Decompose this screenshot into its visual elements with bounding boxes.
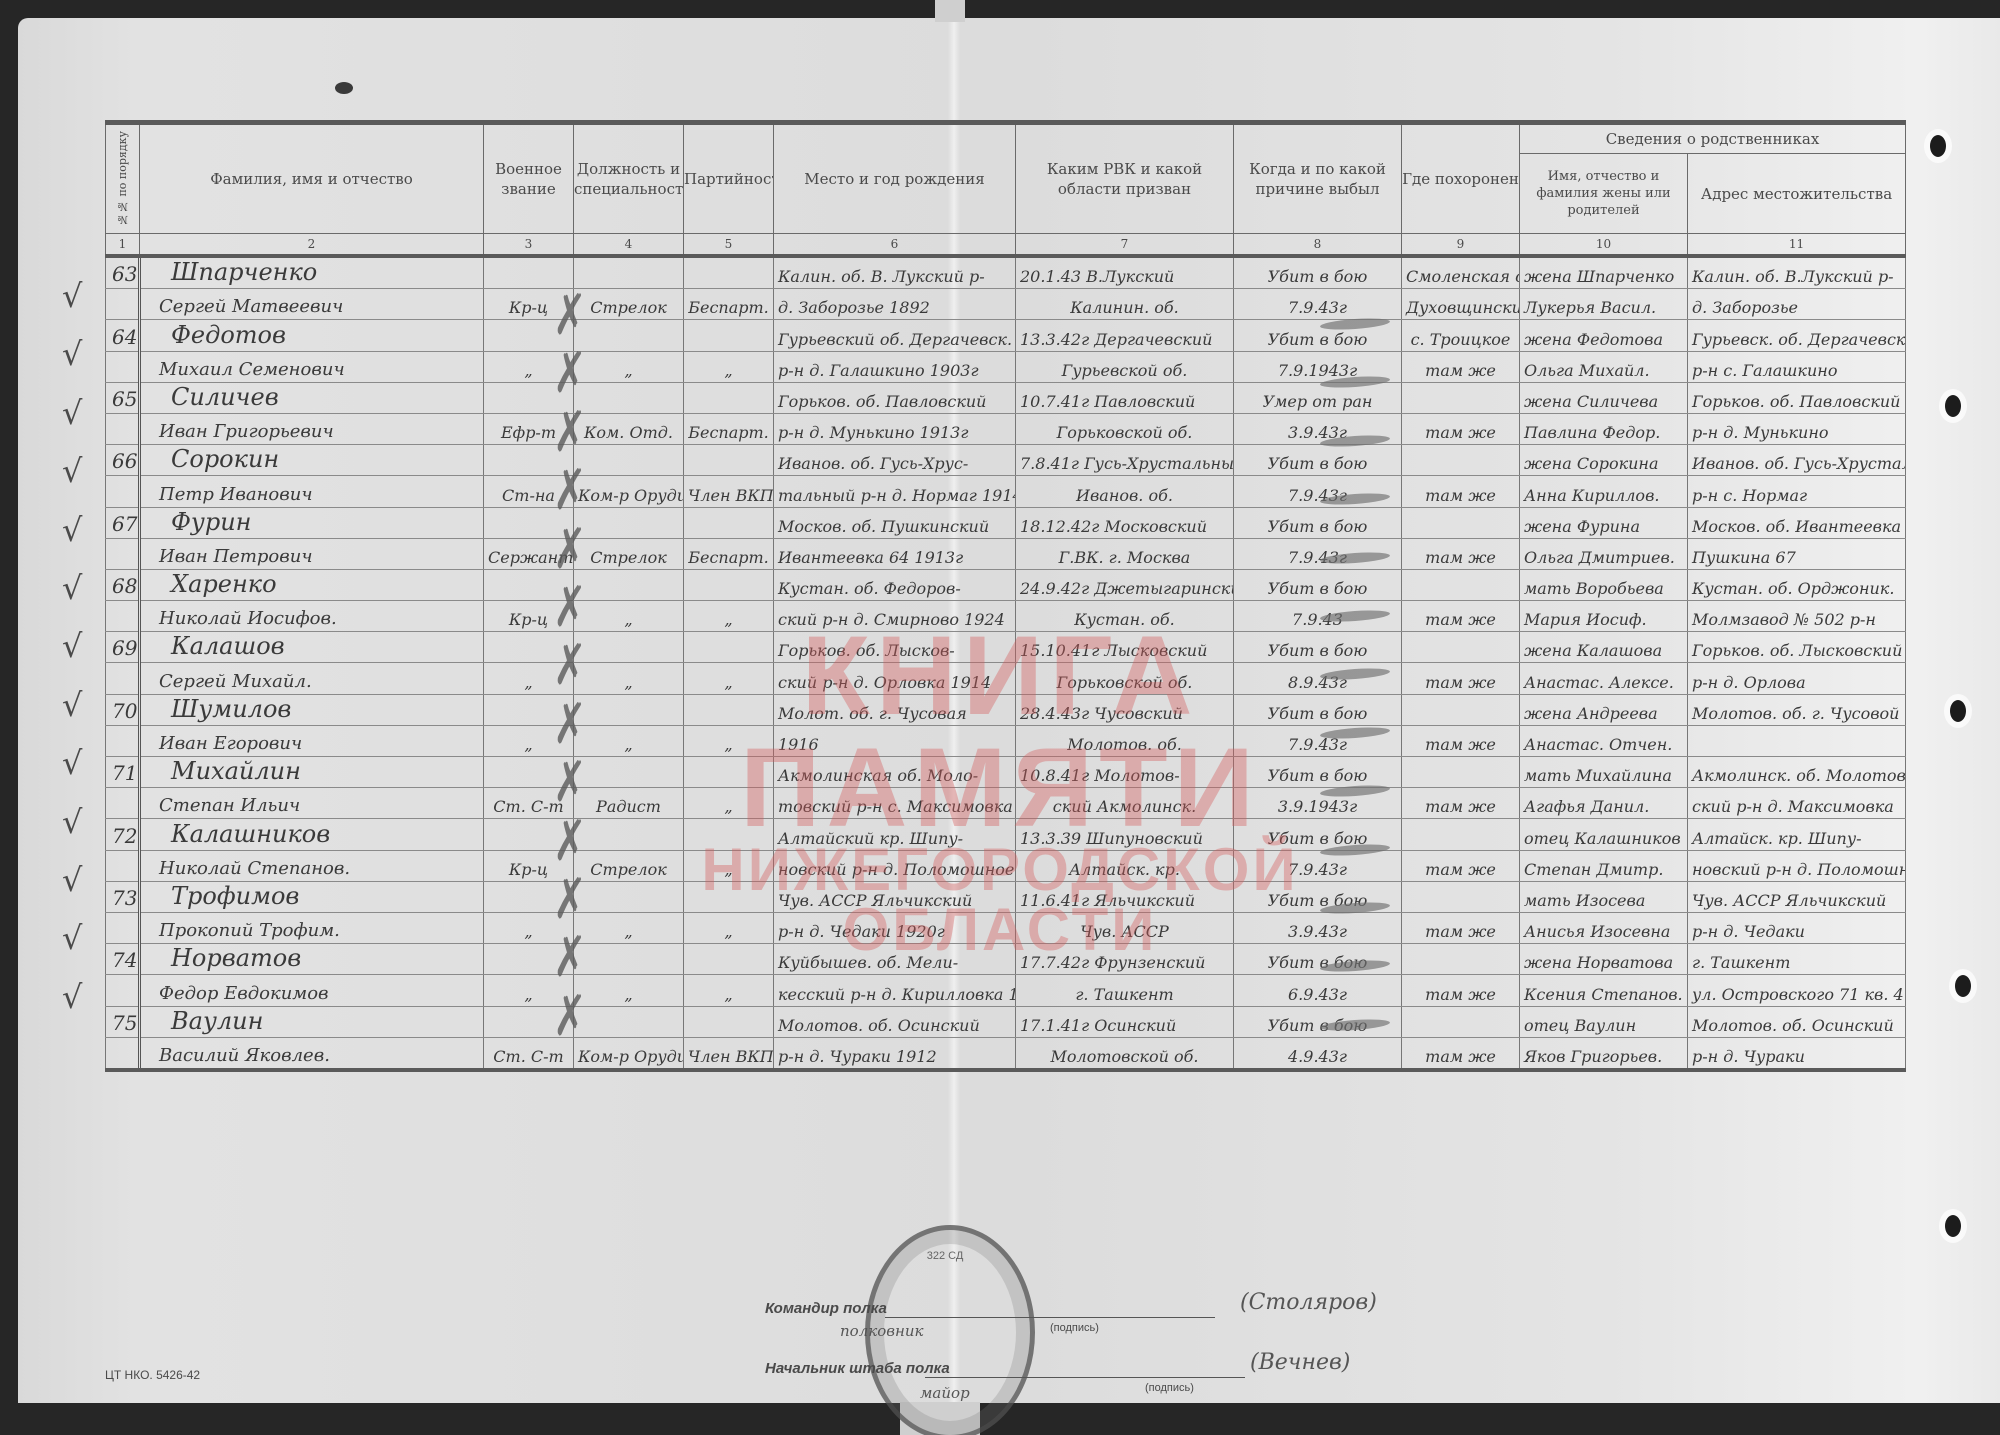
position: Стрелок [574,538,684,569]
relative-line2: Анастас. Алексе. [1520,663,1688,694]
relative-line2: Агафья Данил. [1520,788,1688,819]
margin-check-icon: √ [62,452,82,490]
margin-check-icon: √ [62,686,82,724]
conscripted-line1: 24.9.42г Джетыгаринский [1016,569,1234,600]
first-and-patronymic: Иван Григорьевич [140,413,484,444]
party: „ [684,351,774,382]
position-line1 [574,382,684,413]
margin-check-icon: √ [62,861,82,899]
relative-line1: жена Сорокина [1520,445,1688,476]
buried-line1 [1402,881,1520,912]
first-and-patronymic: Степан Ильич [140,788,484,819]
address-line1: г. Ташкент [1688,944,1906,975]
conscripted-line2: Молотов. об. [1016,725,1234,756]
address-line1: Алтайск. кр. Шипу- [1688,819,1906,850]
buried-line2: там же [1402,725,1520,756]
row-number: 72 [106,819,140,850]
punch-hole [1945,1215,1961,1237]
pencil-x-mark-icon: ✗ [553,693,587,757]
column-number: 2 [140,234,484,257]
buried-line1: Смоленская об. [1402,256,1520,289]
table-row-surname: 63. Шпарченко Калин. об. В. Лукский р- 2… [106,256,1906,289]
position-line1 [574,944,684,975]
relative-line2: Ольга Дмитриев. [1520,538,1688,569]
buried-line2: там же [1402,912,1520,943]
birth-place-line2: 1916 [774,725,1016,756]
first-and-patronymic: Петр Иванович [140,476,484,507]
conscripted-line1: 20.1.43 В.Лукский [1016,256,1234,289]
birth-place-line2: кесский р-н д. Кирилловка 1905 [774,975,1016,1006]
conscripted-line2: Кустан. об. [1016,601,1234,632]
departure-reason: Убит в бою [1234,256,1402,289]
birth-place-line1: Молотов. об. Осинский [774,1006,1016,1037]
first-and-patronymic: Сергей Матвеевич [140,289,484,320]
birth-place-line1: Калин. об. В. Лукский р- [774,256,1016,289]
buried-line1 [1402,1006,1520,1037]
party-line1 [684,881,774,912]
position: Стрелок [574,289,684,320]
conscripted-line2: Горьковской об. [1016,413,1234,444]
birth-place-line1: Гурьевский об. Дергачевск. [774,320,1016,351]
row-number-blank [106,850,140,881]
surname: Шпарченко [140,256,484,289]
row-number-blank [106,289,140,320]
birth-place-line2: р-н д. Галашкино 1903г [774,351,1016,382]
column-number: 10 [1520,234,1688,257]
position: Радист [574,788,684,819]
relative-line1: мать Изосева [1520,881,1688,912]
header-position: Должность и специальность [574,123,684,234]
party: „ [684,975,774,1006]
position-line1 [574,569,684,600]
table-row-surname: 75 Ваулин Молотов. об. Осинский 17.1.41г… [106,1006,1906,1037]
pencil-x-mark-icon: ✗ [553,284,587,348]
birth-place-line1: Алтайский кр. Шипу- [774,819,1016,850]
relative-line1: жена Силичева [1520,382,1688,413]
birth-place-line1: Молот. об. г. Чусовая [774,694,1016,725]
conscripted-line1: 17.7.42г Фрунзенский [1016,944,1234,975]
header-address: Адрес местожительства [1688,154,1906,234]
pencil-x-mark-icon: ✗ [553,342,587,406]
departure-reason: Убит в бою [1234,632,1402,663]
party: „ [684,912,774,943]
address-line2: р-н д. Мунькино [1688,413,1906,444]
party: Член ВКП(б) [684,476,774,507]
buried-line2: там же [1402,975,1520,1006]
table-row-name: Василий Яковлев. Ст. С-т Ком-р Орудия Чл… [106,1037,1906,1070]
party: „ [684,601,774,632]
table-row-name: Федор Евдокимов „ „ „ кесский р-н д. Кир… [106,975,1906,1006]
position-line1 [574,256,684,289]
row-number: 67 [106,507,140,538]
table-row-name: Иван Егорович „ „ „ 1916 Молотов. об. 7.… [106,725,1906,756]
buried-line1 [1402,694,1520,725]
address-line2: Молмзавод № 502 р-н [1688,601,1906,632]
row-number-blank [106,601,140,632]
conscripted-line1: 18.12.42г Московский [1016,507,1234,538]
binding-tab-bottom [900,1402,980,1435]
punch-hole [1945,395,1961,417]
row-number-blank [106,975,140,1006]
margin-check-icon: √ [62,277,82,315]
relative-line1: жена Калашова [1520,632,1688,663]
departure-reason: Убит в бою [1234,445,1402,476]
conscripted-line1: 15.10.41г Лысковский [1016,632,1234,663]
address-line1: Молотов. об. Осинский [1688,1006,1906,1037]
punch-hole [1955,975,1971,997]
margin-check-icon: √ [62,919,82,957]
birth-place-line2: новский р-н д. Поломошное 1921 [774,850,1016,881]
buried-line1 [1402,819,1520,850]
departure-date: 7.9.43г [1234,850,1402,881]
surname: Харенко [140,569,484,600]
address-line1: Горьков. об. Лысковский [1688,632,1906,663]
address-line2: Пушкина 67 [1688,538,1906,569]
position: Ком. Отд. [574,413,684,444]
party-line1 [684,819,774,850]
relative-line2: Павлина Федор. [1520,413,1688,444]
relative-line1: отец Калашников [1520,819,1688,850]
birth-place-line1: Иванов. об. Гусь-Хрус- [774,445,1016,476]
address-line1: Гурьевск. об. Дергачевск. [1688,320,1906,351]
address-line1: Акмолинск. об. Молотов- [1688,757,1906,788]
table-row-surname: 74 Норватов Куйбышев. об. Мели- 17.7.42г… [106,944,1906,975]
conscripted-line2: Калинин. об. [1016,289,1234,320]
surname: Михайлин [140,757,484,788]
surname: Норватов [140,944,484,975]
conscripted-line2: ский Акмолинск. [1016,788,1234,819]
birth-place-line1: Чув. АССР Яльчикский [774,881,1016,912]
table-row-name: Иван Григорьевич Ефр-т Ком. Отд. Беспарт… [106,413,1906,444]
row-number-blank [106,912,140,943]
table-row-surname: 66 Сорокин Иванов. об. Гусь-Хрус- 7.8.41… [106,445,1906,476]
first-and-patronymic: Николай Иосифов. [140,601,484,632]
position-line1 [574,632,684,663]
address-line2: ский р-н д. Максимовка [1688,788,1906,819]
surname: Фурин [140,507,484,538]
binding-tab-top [935,0,965,22]
position: „ [574,975,684,1006]
position: „ [574,663,684,694]
buried-line2: там же [1402,351,1520,382]
birth-place-line2: р-н д. Мунькино 1913г [774,413,1016,444]
column-number: 6 [774,234,1016,257]
table-row-name: Сергей Михайл. „ „ „ ский р-н д. Орловка… [106,663,1906,694]
address-line1: Горьков. об. Павловский [1688,382,1906,413]
buried-line2: там же [1402,601,1520,632]
position-line1 [574,881,684,912]
party-line1 [684,569,774,600]
table-row-surname: 72 Калашников Алтайский кр. Шипу- 13.3.3… [106,819,1906,850]
buried-line2: там же [1402,663,1520,694]
margin-check-icon: √ [62,335,82,373]
header-conscripted: Каким РВК и какой области призван [1016,123,1234,234]
departure-reason: Убит в бою [1234,694,1402,725]
departure-date: 3.9.43г [1234,912,1402,943]
relative-line2: Яков Григорьев. [1520,1037,1688,1070]
birth-place-line1: Москов. об. Пушкинский [774,507,1016,538]
birth-place-line2: д. Заборозье 1892 [774,289,1016,320]
departure-reason: Убит в бою [1234,944,1402,975]
column-number: 4 [574,234,684,257]
pencil-x-mark-icon: ✗ [553,576,587,640]
buried-line1 [1402,382,1520,413]
buried-line2: там же [1402,476,1520,507]
conscripted-line2: Алтайск. кр. [1016,850,1234,881]
address-line2: р-н д. Чедаки [1688,912,1906,943]
relative-line2: Мария Иосиф. [1520,601,1688,632]
row-number: 74 [106,944,140,975]
column-number: 11 [1688,234,1906,257]
pencil-x-mark-icon: ✗ [553,634,587,698]
row-number-blank [106,476,140,507]
pencil-x-mark-icon: ✗ [553,401,587,465]
conscripted-line1: 28.4.43г Чусовский [1016,694,1234,725]
margin-check-icon: √ [62,394,82,432]
birth-place-line2: ский р-н д. Смирново 1924 [774,601,1016,632]
margin-check-icon: √ [62,511,82,549]
first-and-patronymic: Сергей Михайл. [140,663,484,694]
row-number: 63. [106,256,140,289]
header-buried: Где похоронен [1402,123,1520,234]
punch-hole [1930,135,1946,157]
party-line1 [684,507,774,538]
departure-date: 6.9.43г [1234,975,1402,1006]
birth-place-line1: Куйбышев. об. Мели- [774,944,1016,975]
birth-place-line2: р-н д. Чедаки 1920г [774,912,1016,943]
buried-line1 [1402,944,1520,975]
casualty-list-table: №№ по порядку Фамилия, имя и отчество Во… [105,120,1906,1072]
table-row-surname: 67 Фурин Москов. об. Пушкинский 18.12.42… [106,507,1906,538]
buried-line1 [1402,445,1520,476]
column-number: 9 [1402,234,1520,257]
surname: Калашов [140,632,484,663]
table-row-name: Петр Иванович Ст-на Ком-р Орудия Член ВК… [106,476,1906,507]
margin-check-icon: √ [62,744,82,782]
address-line2: р-н с. Нормаг [1688,476,1906,507]
party-line1 [684,694,774,725]
row-number: 66 [106,445,140,476]
position-line1 [574,1006,684,1037]
party: Член ВКП(б) [684,1037,774,1070]
relative-line2: Лукерья Васил. [1520,289,1688,320]
buried-line1 [1402,569,1520,600]
table-row-surname: 68 Харенко Кустан. об. Федоров- 24.9.42г… [106,569,1906,600]
birth-place-line1: Горьков. об. Лысков- [774,632,1016,663]
pencil-x-mark-icon: ✗ [553,459,587,523]
table-row-surname: 69 Калашов Горьков. об. Лысков- 15.10.41… [106,632,1906,663]
pencil-x-mark-icon: ✗ [553,868,587,932]
header-departure: Когда и по какой причине выбыл [1234,123,1402,234]
row-number-blank [106,538,140,569]
departure-reason: Умер от ран [1234,382,1402,413]
table-row-name: Николай Степанов. Кр-ц Стрелок „ новский… [106,850,1906,881]
relative-line1: жена Фурина [1520,507,1688,538]
birth-place-line2: р-н д. Чураки 1912 [774,1037,1016,1070]
position-line1 [574,694,684,725]
departure-date: 7.9.43г [1234,289,1402,320]
column-number: 8 [1234,234,1402,257]
relative-line2: Анна Кириллов. [1520,476,1688,507]
table-row-surname: 64 Федотов Гурьевский об. Дергачевск. 13… [106,320,1906,351]
party-line1 [684,256,774,289]
conscripted-line1: 11.6.41г Яльчикский [1016,881,1234,912]
column-number: 3 [484,234,574,257]
row-number: 65 [106,382,140,413]
address-line1: Чув. АССР Яльчикский [1688,881,1906,912]
conscripted-line1: 7.8.41г Гусь-Хрустальный [1016,445,1234,476]
party: „ [684,725,774,756]
conscripted-line2: Чув. АССР [1016,912,1234,943]
conscripted-line2: г. Ташкент [1016,975,1234,1006]
buried-line1 [1402,757,1520,788]
row-number-blank [106,788,140,819]
row-number-blank [106,1037,140,1070]
buried-line2: там же [1402,1037,1520,1070]
column-number: 1 [106,234,140,257]
table-row-name: Иван Петрович Сержант Стрелок Беспарт. И… [106,538,1906,569]
margin-check-icon: √ [62,569,82,607]
buried-line1 [1402,632,1520,663]
address-line1: Кустан. об. Орджоник. [1688,569,1906,600]
table-row-name: Михаил Семенович „ „ „ р-н д. Галашкино … [106,351,1906,382]
row-number: 75 [106,1006,140,1037]
address-line2: р-н д. Чураки [1688,1037,1906,1070]
party-line1 [684,632,774,663]
pencil-x-mark-icon: ✗ [553,809,587,873]
surname: Трофимов [140,881,484,912]
birth-place-line2: товский р-н с. Максимовка 1922 [774,788,1016,819]
column-number: 5 [684,234,774,257]
buried-line1: с. Троицкое [1402,320,1520,351]
surname: Ваулин [140,1006,484,1037]
row-number: 68 [106,569,140,600]
row-number: 70 [106,694,140,725]
first-and-patronymic: Иван Петрович [140,538,484,569]
table-row-name: Степан Ильич Ст. С-т Радист „ товский р-… [106,788,1906,819]
conscripted-line1: 10.7.41г Павловский [1016,382,1234,413]
table-row-name: Прокопий Трофим. „ „ „ р-н д. Чедаки 192… [106,912,1906,943]
relative-line2: Ольга Михайл. [1520,351,1688,382]
row-number-blank [106,413,140,444]
party-line1 [684,445,774,476]
column-number: 7 [1016,234,1234,257]
row-number: 73 [106,881,140,912]
relative-line2: Ксения Степанов. [1520,975,1688,1006]
departure-reason: Убит в бою [1234,507,1402,538]
position-line1 [574,757,684,788]
address-line1: Иванов. об. Гусь-Хрустальный [1688,445,1906,476]
header-relatives-group: Сведения о родственниках [1520,123,1906,154]
conscripted-line1: 10.8.41г Молотов- [1016,757,1234,788]
birth-place-line1: Горьков. об. Павловский [774,382,1016,413]
position: „ [574,351,684,382]
relative-line1: мать Михайлина [1520,757,1688,788]
surname: Калашников [140,819,484,850]
conscripted-line2: Иванов. об. [1016,476,1234,507]
birth-place-line1: Акмолинская об. Моло- [774,757,1016,788]
party-line1 [684,1006,774,1037]
buried-line2: там же [1402,413,1520,444]
position: „ [574,725,684,756]
address-line2: р-н с. Галашкино [1688,351,1906,382]
row-number-blank [106,725,140,756]
table-row-surname: 71. Михайлин Акмолинская об. Моло- 10.8.… [106,757,1906,788]
first-and-patronymic: Михаил Семенович [140,351,484,382]
table-row-surname: 65 Силичев Горьков. об. Павловский 10.7.… [106,382,1906,413]
row-number: 64 [106,320,140,351]
header-full-name: Фамилия, имя и отчество [140,123,484,234]
margin-check-icon: √ [62,627,82,665]
position: Ком-р Орудия [574,476,684,507]
conscripted-line2: Гурьевской об. [1016,351,1234,382]
buried-line2: там же [1402,538,1520,569]
header-birth: Место и год рождения [774,123,1016,234]
buried-line2: там же [1402,850,1520,881]
birth-place-line2: ский р-н д. Орловка 1914 [774,663,1016,694]
conscripted-line1: 13.3.42г Дергачевский [1016,320,1234,351]
table-row-name: Николай Иосифов. Кр-ц „ „ ский р-н д. См… [106,601,1906,632]
conscripted-line2: Молотовской об. [1016,1037,1234,1070]
departure-date: 7.9.43г [1234,476,1402,507]
ink-blot [335,82,353,94]
relative-line1: жена Федотова [1520,320,1688,351]
departure-reason: Убит в бою [1234,569,1402,600]
relative-line1: жена Шпарченко [1520,256,1688,289]
surname: Силичев [140,382,484,413]
margin-check-icon: √ [62,803,82,841]
header-rank: Военное звание [484,123,574,234]
header-relative-name: Имя, отчество и фамилия жены или родител… [1520,154,1688,234]
relative-line1: мать Воробьева [1520,569,1688,600]
party-line1 [684,944,774,975]
address-line2: р-н д. Орлова [1688,663,1906,694]
party-line1 [684,382,774,413]
margin-check-icon: √ [62,978,82,1016]
buried-line1 [1402,507,1520,538]
header-row-number: №№ по порядку [106,123,140,234]
position-line1 [574,320,684,351]
position-line1 [574,445,684,476]
party: Беспарт. [684,413,774,444]
header-party: Партийность [684,123,774,234]
relative-line1: отец Ваулин [1520,1006,1688,1037]
surname: Шумилов [140,694,484,725]
conscripted-line2: Горьковской об. [1016,663,1234,694]
surname: Сорокин [140,445,484,476]
row-number: 71. [106,757,140,788]
party: „ [684,663,774,694]
conscripted-line1: 13.3.39 Шипуновский [1016,819,1234,850]
position: Стрелок [574,850,684,881]
party: „ [684,850,774,881]
conscripted-line1: 17.1.41г Осинский [1016,1006,1234,1037]
party: Беспарт. [684,538,774,569]
address-line2 [1688,725,1906,756]
party-line1 [684,320,774,351]
position: Ком-р Орудия [574,1037,684,1070]
position: „ [574,912,684,943]
first-and-patronymic: Василий Яковлев. [140,1037,484,1070]
row-number-blank [106,663,140,694]
address-line1: Москов. об. Ивантеевка [1688,507,1906,538]
position: „ [574,601,684,632]
buried-line2: Духовщинский [1402,289,1520,320]
row-number-blank [106,351,140,382]
birth-place-line2: Ивантеевка 64 1913г [774,538,1016,569]
pencil-x-mark-icon: ✗ [553,751,587,815]
position-line1 [574,819,684,850]
